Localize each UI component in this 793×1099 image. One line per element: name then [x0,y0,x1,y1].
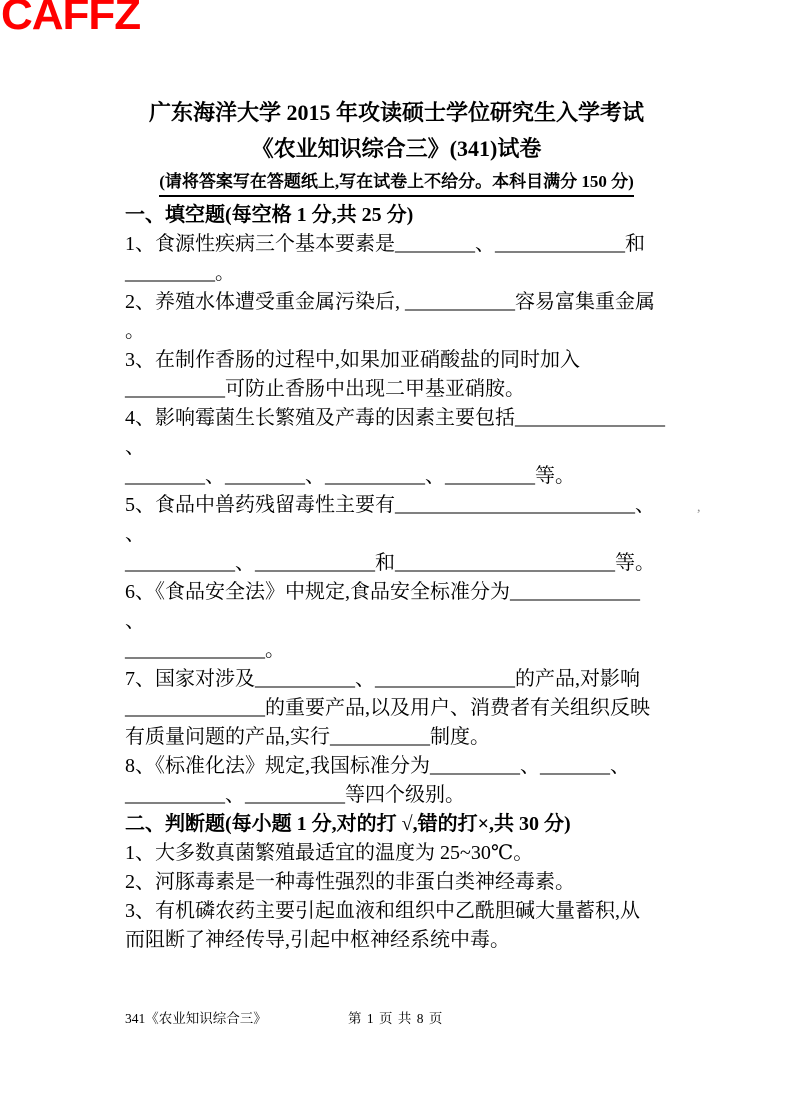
text-line: ________、________、__________、_________等。 [125,462,668,491]
section2-heading: 二、判断题(每小题 1 分,对的打 √,错的打×,共 30 分) [125,810,668,839]
exam-title-line1: 广东海洋大学 2015 年攻读硕士学位研究生入学考试 [125,98,668,128]
text-line: __________、__________等四个级别。 [125,781,668,810]
text-line: 3、有机磷农药主要引起血液和组织中乙酰胆碱大量蓄积,从 [125,897,668,926]
text-line: 5、食品中兽药残留毒性主要有________________________、 [125,491,668,520]
text-line: 。 [125,317,668,346]
caffz-watermark: CAFFZ [1,0,140,37]
text-line: ______________。 [125,636,668,665]
instruction-note-row: (请将答案写在答题纸上,写在试卷上不给分。本科目满分 150 分) [125,170,668,197]
instruction-note: (请将答案写在答题纸上,写在试卷上不给分。本科目满分 150 分) [159,170,634,197]
footer-page-number: 第 1 页 共 8 页 [348,1010,443,1028]
exam-title-line2: 《农业知识综合三》(341)试卷 [125,134,668,164]
text-line: __________可防止香肠中出现二甲基亚硝胺。 [125,375,668,404]
text-line: ______________的重要产品,以及用户、消费者有关组织反映 [125,694,668,723]
text-line: 2、河豚毒素是一种毒性强烈的非蛋白类神经毒素。 [125,868,668,897]
text-line: _________。 [125,259,668,288]
document-content: 广东海洋大学 2015 年攻读硕士学位研究生入学考试 《农业知识综合三》(341… [125,0,668,955]
text-line: 有质量问题的产品,实行__________制度。 [125,723,668,752]
text-line: 7、国家对涉及__________、______________的产品,对影响 [125,665,668,694]
section1-heading: 一、填空题(每空格 1 分,共 25 分) [125,201,668,230]
exam-paper-page: CAFFZ 广东海洋大学 2015 年攻读硕士学位研究生入学考试 《农业知识综合… [0,0,793,1099]
text-line: 、 [125,433,668,462]
text-line: 、 [125,607,668,636]
text-line: 6、《食品安全法》中规定,食品安全标准分为_____________ [125,578,668,607]
footer-course-label: 341《农业知识综合三》 [125,1010,267,1028]
section2-lines: 1、大多数真菌繁殖最适宜的温度为 25~30℃。2、河豚毒素是一种毒性强烈的非蛋… [125,839,668,955]
section1-lines: 1、食源性疾病三个基本要素是________、_____________和___… [125,230,668,810]
stray-scan-mark: , [697,500,701,516]
text-line: 8、《标准化法》规定,我国标准分为_________、_______、 [125,752,668,781]
text-line: 1、食源性疾病三个基本要素是________、_____________和 [125,230,668,259]
text-line: ___________、____________和_______________… [125,549,668,578]
text-line: 1、大多数真菌繁殖最适宜的温度为 25~30℃。 [125,839,668,868]
text-line: 、 [125,520,668,549]
text-line: 而阻断了神经传导,引起中枢神经系统中毒。 [125,926,668,955]
text-line: 2、养殖水体遭受重金属污染后, ___________容易富集重金属 [125,288,668,317]
text-line: 4、影响霉菌生长繁殖及产毒的因素主要包括_______________ [125,404,668,433]
text-line: 3、在制作香肠的过程中,如果加亚硝酸盐的同时加入 [125,346,668,375]
